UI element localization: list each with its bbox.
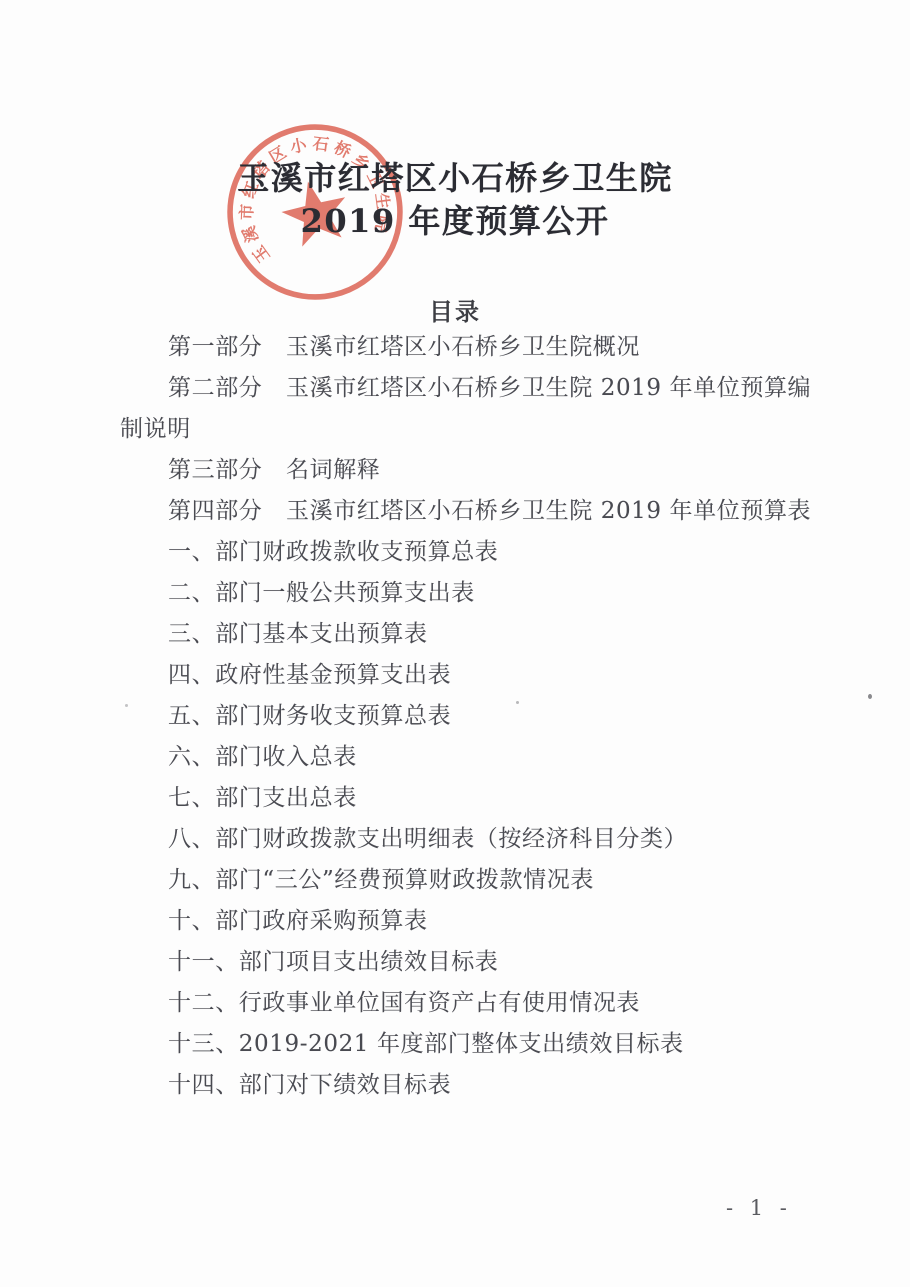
document-page: 玉溪市红塔区小石桥乡卫生院 玉溪市红塔区小石桥乡卫生院 2019 年度预算公开 … <box>0 0 910 1287</box>
toc-entry: 八、部门财政拨款支出明细表（按经济科目分类） <box>120 819 810 860</box>
toc-entry: 三、部门基本支出预算表 <box>120 614 810 655</box>
toc-entry: 十一、部门项目支出绩效目标表 <box>120 942 810 983</box>
toc-entry: 一、部门财政拨款收支预算总表 <box>120 532 810 573</box>
scan-speck <box>868 694 872 699</box>
toc-entry: 第四部分 玉溪市红塔区小石桥乡卫生院 2019 年单位预算表 <box>120 491 810 532</box>
toc-entry: 制说明 <box>120 409 810 450</box>
toc-entry: 十、部门政府采购预算表 <box>120 901 810 942</box>
toc-entry: 十二、行政事业单位国有资产占有使用情况表 <box>120 983 810 1024</box>
toc-entry: 第一部分 玉溪市红塔区小石桥乡卫生院概况 <box>120 327 810 368</box>
toc-heading: 目录 <box>0 292 910 327</box>
toc-entry: 第三部分 名词解释 <box>120 450 810 491</box>
toc-entry: 第二部分 玉溪市红塔区小石桥乡卫生院 2019 年单位预算编 <box>120 368 810 409</box>
toc-entry: 九、部门“三公”经费预算财政拨款情况表 <box>120 860 810 901</box>
toc-entry: 四、政府性基金预算支出表 <box>120 655 810 696</box>
toc-list: 第一部分 玉溪市红塔区小石桥乡卫生院概况第二部分 玉溪市红塔区小石桥乡卫生院 2… <box>120 327 810 1106</box>
toc-entry: 五、部门财务收支预算总表 <box>120 696 810 737</box>
toc-entry: 二、部门一般公共预算支出表 <box>120 573 810 614</box>
page-number: - 1 - <box>726 1196 792 1220</box>
toc-entry: 十四、部门对下绩效目标表 <box>120 1065 810 1106</box>
document-title-line1: 玉溪市红塔区小石桥乡卫生院 <box>0 157 910 200</box>
toc-entry: 七、部门支出总表 <box>120 778 810 819</box>
document-title-line2: 2019 年度预算公开 <box>0 200 910 243</box>
document-title: 玉溪市红塔区小石桥乡卫生院 2019 年度预算公开 <box>0 157 910 243</box>
toc-entry: 十三、2019-2021 年度部门整体支出绩效目标表 <box>120 1024 810 1065</box>
toc-entry: 六、部门收入总表 <box>120 737 810 778</box>
